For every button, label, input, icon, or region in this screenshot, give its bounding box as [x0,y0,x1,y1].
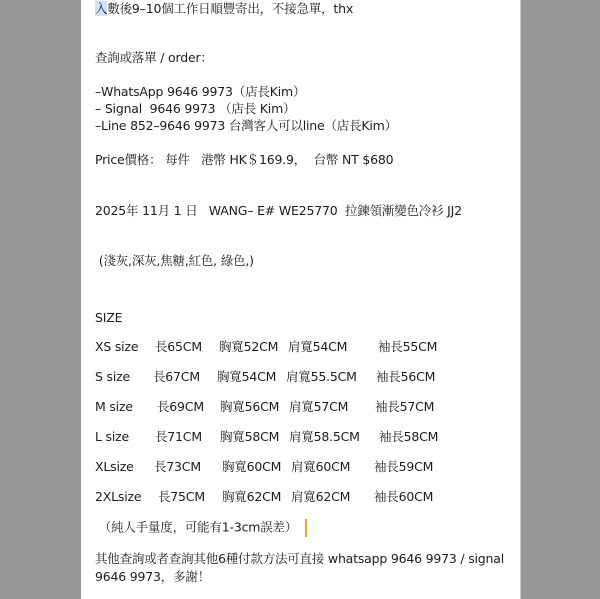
contact-whatsapp: –WhatsApp 9646 9973（店長Kim） [95,84,305,100]
size-heading: SIZE [95,310,122,326]
length-value: 長71CM [155,429,202,445]
chest-value: 胸寬62CM [222,489,281,505]
footer-line-1: 其他查詢或者查詢其他6種付款方法可直接 whatsapp 9646 9973 /… [95,551,504,567]
size-label: XS size [95,339,138,355]
sleeve-value: 袖長60CM [374,489,433,505]
size-label: XLsize [95,459,134,475]
size-row-xs: XS size 長65CM 胸寬52CM 肩寬54CM 袖長55CM [95,339,118,355]
length-value: 長75CM [158,489,205,505]
length-value: 長73CM [154,459,201,475]
shoulder-value: 肩寬54CM [288,339,347,355]
shoulder-value: 肩寬57CM [289,399,348,415]
sleeve-value: 袖長59CM [374,459,433,475]
chest-value: 胸寬60CM [222,459,281,475]
price-line: Price價格： 每件 港幣 HK＄169.9， 台幣 NT $680 [95,152,393,168]
colors-line: (淺灰,深灰,焦糖,紅色, 綠色,) [95,253,254,269]
chest-value: 胸寬54CM [217,369,276,385]
chest-value: 胸寬56CM [220,399,279,415]
length-value: 長69CM [157,399,204,415]
sleeve-value: 袖長56CM [376,369,435,385]
contact-line: –Line 852–9646 9973 台灣客人可以line（店長Kim） [95,118,397,134]
order-heading: 查詢或落單 / order： [95,50,213,66]
contact-signal: – Signal 9646 9973 （店長 Kim） [95,101,295,117]
sleeve-value: 袖長55CM [378,339,437,355]
size-label: M size [95,399,133,415]
shoulder-value: 肩寬60CM [291,459,350,475]
size-row-xl: XLsize 長73CM 胸寬60CM 肩寬60CM 袖長59CM [95,459,118,475]
size-row-s: S size 長67CM 胸寬54CM 肩寬55.5CM 袖長56CM [95,369,118,385]
size-row-m: M size 長69CM 胸寬56CM 肩寬57CM 袖長57CM [95,399,118,415]
size-row-l: L size 長71CM 胸寬58CM 肩寬58.5CM 袖長58CM [95,429,118,445]
length-value: 長65CM [155,339,202,355]
size-label: S size [95,369,130,385]
product-line: 2025年 11月 1 日 WANG– E# WE25770 拉鍊領漸變色冷衫 … [95,203,462,219]
measure-note-text: （純人手量度，可能有1-3cm誤差） [95,520,297,535]
chest-value: 胸寬52CM [219,339,278,355]
footer-line-2: 9646 9973，多謝！ [95,569,210,585]
size-label: L size [95,429,129,445]
document-page[interactable]: 入數後9–10個工作日順豐寄出，不接急單，thx 查詢或落單 / order： … [81,0,521,599]
shipping-line[interactable]: 入數後9–10個工作日順豐寄出，不接急單，thx [95,1,353,17]
sleeve-value: 袖長57CM [375,399,434,415]
size-row-2xl: 2XLsize 長75CM 胸寬62CM 肩寬62CM 袖長60CM [95,489,118,505]
measure-note: （純人手量度，可能有1-3cm誤差） [95,519,307,537]
length-value: 長67CM [153,369,200,385]
sleeve-value: 袖長58CM [379,429,438,445]
text-selection: 入 [95,1,107,16]
shoulder-value: 肩寬58.5CM [289,429,360,445]
shipping-text: 數後9–10個工作日順豐寄出，不接急單，thx [107,1,353,16]
shoulder-value: 肩寬62CM [291,489,350,505]
size-label: 2XLsize [95,489,141,505]
text-caret [305,519,307,537]
shoulder-value: 肩寬55.5CM [286,369,357,385]
chest-value: 胸寬58CM [220,429,279,445]
